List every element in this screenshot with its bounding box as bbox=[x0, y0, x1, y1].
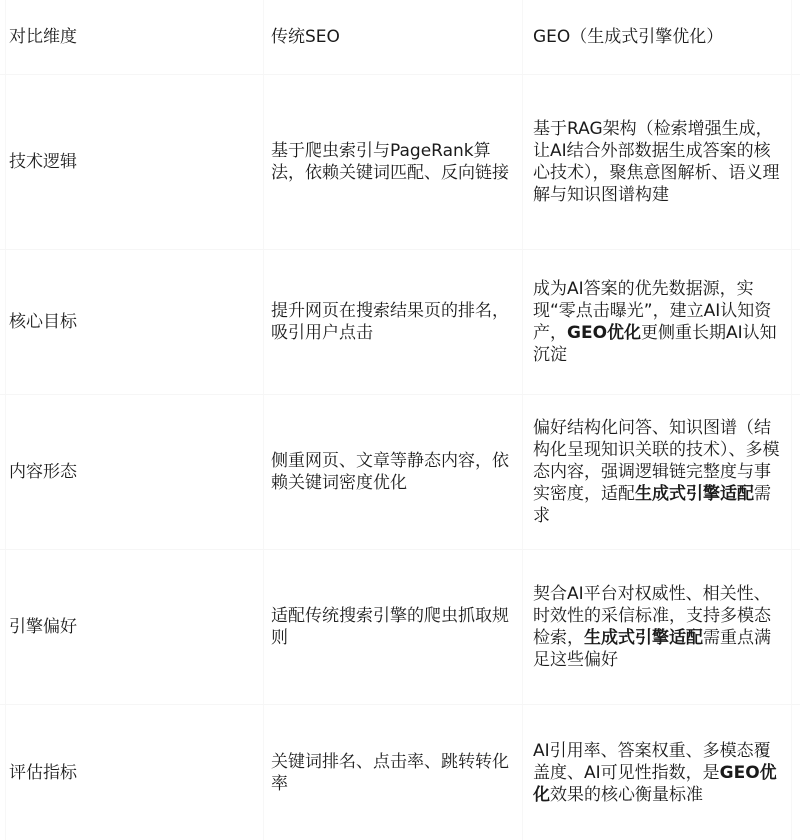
header-geo: GEO（生成式引擎优化） bbox=[522, 0, 792, 74]
dimension-label: 内容形态 bbox=[9, 461, 77, 483]
geo-text: 偏好结构化问答、知识图谱（结构化呈现知识关联的技术）、多模态内容，强调逻辑链完整… bbox=[533, 417, 787, 527]
cell-geo: 成为AI答案的优先数据源，实现“零点击曝光”，建立AI认知资产，GEO优化更侧重… bbox=[522, 250, 792, 394]
dimension-label: 评估指标 bbox=[9, 762, 77, 784]
cell-seo: 提升网页在搜索结果页的排名，吸引用户点击 bbox=[263, 250, 522, 394]
cell-dimension: 内容形态 bbox=[5, 395, 263, 549]
cell-seo: 关键词排名、点击率、跳转转化率 bbox=[263, 705, 522, 840]
header-seo: 传统SEO bbox=[263, 0, 522, 74]
text-segment: 效果的核心衡量标准 bbox=[550, 785, 703, 805]
dimension-label: 引擎偏好 bbox=[9, 616, 77, 638]
header-dimension: 对比维度 bbox=[5, 0, 263, 74]
text-segment: 基于RAG架构（检索增强生成，让AI结合外部数据生成答案的核心技术），聚焦意图解… bbox=[533, 119, 780, 205]
table-row: 内容形态 侧重网页、文章等静态内容，依赖关键词密度优化 偏好结构化问答、知识图谱… bbox=[0, 395, 800, 550]
cell-seo: 基于爬虫索引与PageRank算法，依赖关键词匹配、反向链接 bbox=[263, 75, 522, 249]
seo-text: 侧重网页、文章等静态内容，依赖关键词密度优化 bbox=[271, 450, 516, 494]
geo-text: 契合AI平台对权威性、相关性、时效性的采信标准，支持多模态检索，生成式引擎适配需… bbox=[533, 583, 787, 671]
cell-geo: 契合AI平台对权威性、相关性、时效性的采信标准，支持多模态检索，生成式引擎适配需… bbox=[522, 550, 792, 704]
seo-text: 关键词排名、点击率、跳转转化率 bbox=[271, 751, 516, 795]
table-row: 技术逻辑 基于爬虫索引与PageRank算法，依赖关键词匹配、反向链接 基于RA… bbox=[0, 75, 800, 250]
comparison-table: 对比维度 传统SEO GEO（生成式引擎优化） 技术逻辑 基于爬虫索引与Page… bbox=[0, 0, 800, 840]
table-row: 引擎偏好 适配传统搜索引擎的爬虫抓取规则 契合AI平台对权威性、相关性、时效性的… bbox=[0, 550, 800, 705]
cell-dimension: 技术逻辑 bbox=[5, 75, 263, 249]
emphasis-text: 生成式引擎适配 bbox=[635, 484, 754, 504]
emphasis-text: 生成式引擎适配 bbox=[584, 628, 703, 648]
dimension-label: 技术逻辑 bbox=[9, 151, 77, 173]
seo-text: 提升网页在搜索结果页的排名，吸引用户点击 bbox=[271, 300, 516, 344]
seo-text: 适配传统搜索引擎的爬虫抓取规则 bbox=[271, 605, 516, 649]
cell-geo: AI引用率、答案权重、多模态覆盖度、AI可见性指数，是GEO优化效果的核心衡量标… bbox=[522, 705, 792, 840]
seo-text: 基于爬虫索引与PageRank算法，依赖关键词匹配、反向链接 bbox=[271, 140, 516, 184]
cell-seo: 侧重网页、文章等静态内容，依赖关键词密度优化 bbox=[263, 395, 522, 549]
emphasis-text: GEO优化 bbox=[567, 323, 641, 343]
table-row: 评估指标 关键词排名、点击率、跳转转化率 AI引用率、答案权重、多模态覆盖度、A… bbox=[0, 705, 800, 840]
header-label: 传统SEO bbox=[271, 26, 340, 48]
table-header-row: 对比维度 传统SEO GEO（生成式引擎优化） bbox=[0, 0, 800, 75]
dimension-label: 核心目标 bbox=[9, 311, 77, 333]
geo-text: AI引用率、答案权重、多模态覆盖度、AI可见性指数，是GEO优化效果的核心衡量标… bbox=[533, 740, 787, 806]
header-label: GEO（生成式引擎优化） bbox=[533, 26, 723, 48]
cell-dimension: 评估指标 bbox=[5, 705, 263, 840]
cell-dimension: 核心目标 bbox=[5, 250, 263, 394]
geo-text: 基于RAG架构（检索增强生成，让AI结合外部数据生成答案的核心技术），聚焦意图解… bbox=[533, 118, 787, 206]
cell-geo: 基于RAG架构（检索增强生成，让AI结合外部数据生成答案的核心技术），聚焦意图解… bbox=[522, 75, 792, 249]
header-label: 对比维度 bbox=[9, 26, 77, 48]
cell-seo: 适配传统搜索引擎的爬虫抓取规则 bbox=[263, 550, 522, 704]
geo-text: 成为AI答案的优先数据源，实现“零点击曝光”，建立AI认知资产，GEO优化更侧重… bbox=[533, 278, 787, 366]
table-row: 核心目标 提升网页在搜索结果页的排名，吸引用户点击 成为AI答案的优先数据源，实… bbox=[0, 250, 800, 395]
cell-dimension: 引擎偏好 bbox=[5, 550, 263, 704]
cell-geo: 偏好结构化问答、知识图谱（结构化呈现知识关联的技术）、多模态内容，强调逻辑链完整… bbox=[522, 395, 792, 549]
